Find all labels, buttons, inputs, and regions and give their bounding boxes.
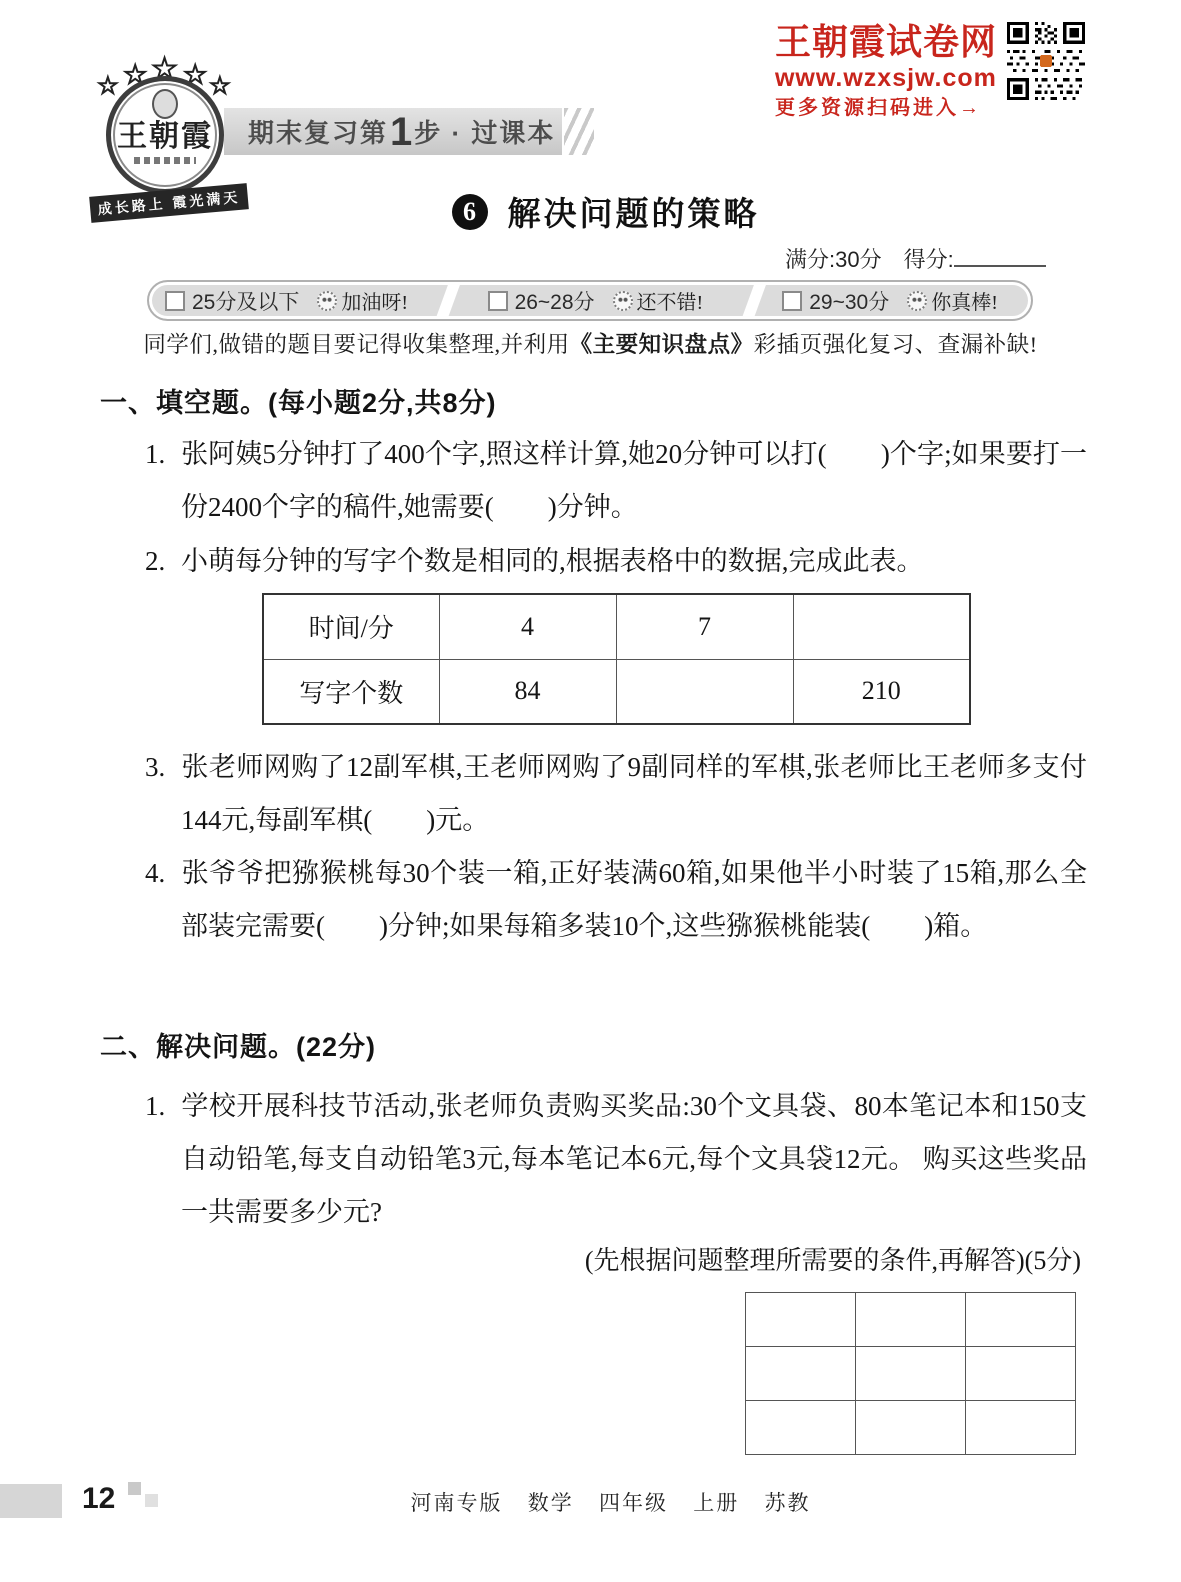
question-number: 1. (145, 428, 181, 481)
question-number: 3. (145, 741, 181, 794)
rating-range: 26~28分 (515, 286, 595, 316)
table-cell-blank (616, 659, 793, 724)
rating-comment: 加油呀! (341, 286, 408, 315)
study-notice: 同学们,做错的题目要记得收集整理,并利用《主要知识盘点》彩插页强化复习、查漏补缺… (0, 327, 1181, 359)
worksheet-page: 王朝霞试卷网 www.wzxsjw.com 更多资源扫码进入→ (0, 0, 1181, 1582)
rating-comment: 还不错! (637, 286, 704, 315)
table-cell: 写字个数 (263, 659, 439, 724)
unit-number-badge: 6 (452, 194, 488, 230)
answer-cell (746, 1347, 856, 1401)
banner-text: 步 · 过课本 (414, 113, 555, 150)
banner-step-number: 1 (390, 112, 412, 152)
section2-heading: 二、解决问题。(22分) (100, 1025, 376, 1064)
qr-code-icon (1007, 22, 1085, 100)
score-line: 满分:30分得分: (785, 243, 1046, 274)
question-number: 2. (145, 535, 181, 588)
question-text: 张爷爷把猕猴桃每30个装一箱,正好装满60箱,如果他半小时装了15箱,那么全部装… (181, 858, 1087, 941)
question-text: 学校开展科技节活动,张老师负责购买奖品:30个文具袋、80本笔记本和150支自动… (181, 1091, 1087, 1227)
rating-range: 25分及以下 (192, 286, 299, 316)
question-2: 2.小萌每分钟的写字个数是相同的,根据表格中的数据,完成此表。 (145, 535, 1087, 588)
table-cell: 7 (616, 594, 793, 659)
brand-block: 王朝霞试卷网 www.wzxsjw.com 更多资源扫码进入→ (775, 22, 1085, 122)
full-score-label: 满分:30分 (785, 247, 882, 272)
notice-book-title: 《主要知识盘点》 (570, 332, 754, 357)
self-rating-band: 25分及以下 加油呀! 26~28分 还不错! 29~30分 你真棒! (147, 280, 1033, 321)
answer-cell (966, 1347, 1076, 1401)
section2-question-1: 1.学校开展科技节活动,张老师负责购买奖品:30个文具袋、80本笔记本和150支… (145, 1080, 1087, 1239)
rating-segment: 25分及以下 加油呀! (149, 282, 448, 319)
section1-heading: 一、填空题。(每小题2分,共8分) (100, 381, 497, 420)
unit-title: 6 解决问题的策略 (0, 188, 1181, 235)
table-cell: 4 (439, 594, 616, 659)
smiley-icon (907, 291, 927, 311)
question-text: 张老师网购了12副军棋,王老师网购了9副同样的军棋,张老师比王老师多支付144元… (181, 752, 1087, 835)
logo-circle: 王朝霞 (106, 76, 224, 194)
answer-cell (746, 1293, 856, 1347)
brand-scan-hint: 更多资源扫码进入→ (775, 94, 997, 122)
logo-motto-decoration (134, 157, 196, 164)
edition-info: 河南专版 数学 四年级 上册 苏教 (0, 1487, 1181, 1517)
table-cell: 210 (793, 659, 970, 724)
question-text: 小萌每分钟的写字个数是相同的,根据表格中的数据,完成此表。 (181, 546, 924, 576)
answer-cell (856, 1347, 966, 1401)
rating-segment: 29~30分 你真棒! (746, 282, 1031, 319)
answer-cell (746, 1401, 856, 1455)
question-3: 3.张老师网购了12副军棋,王老师网购了9副同样的军棋,张老师比王老师多支付14… (145, 741, 1087, 847)
rating-checkbox[interactable] (165, 291, 185, 311)
table-row: 时间/分 4 7 (263, 594, 970, 659)
star-icon: ★ (210, 74, 230, 99)
rating-segment: 26~28分 还不错! (448, 282, 747, 319)
question-hint: (先根据问题整理所需要的条件,再解答)(5分) (145, 1240, 1087, 1277)
star-icon: ★ (98, 74, 118, 99)
smiley-icon (613, 291, 633, 311)
notice-text: 彩插页强化复习、查漏补缺! (754, 332, 1038, 357)
table-row (746, 1293, 1076, 1347)
brand-text: 王朝霞试卷网 www.wzxsjw.com 更多资源扫码进入→ (775, 22, 997, 122)
question-number: 1. (145, 1080, 181, 1133)
brand-site-url: www.wzxsjw.com (775, 62, 997, 94)
writing-count-table: 时间/分 4 7 写字个数 84 210 (262, 593, 971, 725)
table-cell: 84 (439, 659, 616, 724)
logo-name: 王朝霞 (117, 119, 213, 155)
table-row (746, 1347, 1076, 1401)
score-blank-line (954, 245, 1046, 267)
table-row: 写字个数 84 210 (263, 659, 970, 724)
unit-title-text: 解决问题的策略 (508, 195, 760, 232)
answer-table (745, 1292, 1076, 1455)
answer-cell (966, 1401, 1076, 1455)
question-4: 4.张爷爷把猕猴桃每30个装一箱,正好装满60箱,如果他半小时装了15箱,那么全… (145, 847, 1087, 953)
rating-comment: 你真棒! (931, 286, 998, 315)
score-label: 得分: (904, 247, 954, 272)
review-step-banner: 期末复习第 1 步 · 过课本 (224, 108, 562, 155)
rating-range: 29~30分 (809, 286, 889, 316)
banner-text: 期末复习第 (248, 113, 388, 150)
smiley-icon (317, 291, 337, 311)
publisher-logo: ★ ★ ★ ★ ★ 王朝霞 成长路上 霞光满天 (96, 56, 244, 208)
table-row (746, 1401, 1076, 1455)
question-text: 张阿姨5分钟打了400个字,照这样计算,她20分钟可以打( )个字;如果要打一份… (181, 439, 1087, 522)
answer-cell (856, 1293, 966, 1347)
question-1: 1.张阿姨5分钟打了400个字,照这样计算,她20分钟可以打( )个字;如果要打… (145, 428, 1087, 534)
table-cell: 时间/分 (263, 594, 439, 659)
portrait-icon (152, 89, 178, 119)
question-number: 4. (145, 847, 181, 900)
answer-cell (856, 1401, 966, 1455)
answer-cell (966, 1293, 1076, 1347)
brand-site-name: 王朝霞试卷网 (775, 22, 997, 62)
notice-text: 同学们,做错的题目要记得收集整理,并利用 (143, 332, 569, 357)
banner-stripes-decoration (564, 108, 594, 155)
table-cell-blank (793, 594, 970, 659)
rating-checkbox[interactable] (488, 291, 508, 311)
rating-checkbox[interactable] (782, 291, 802, 311)
